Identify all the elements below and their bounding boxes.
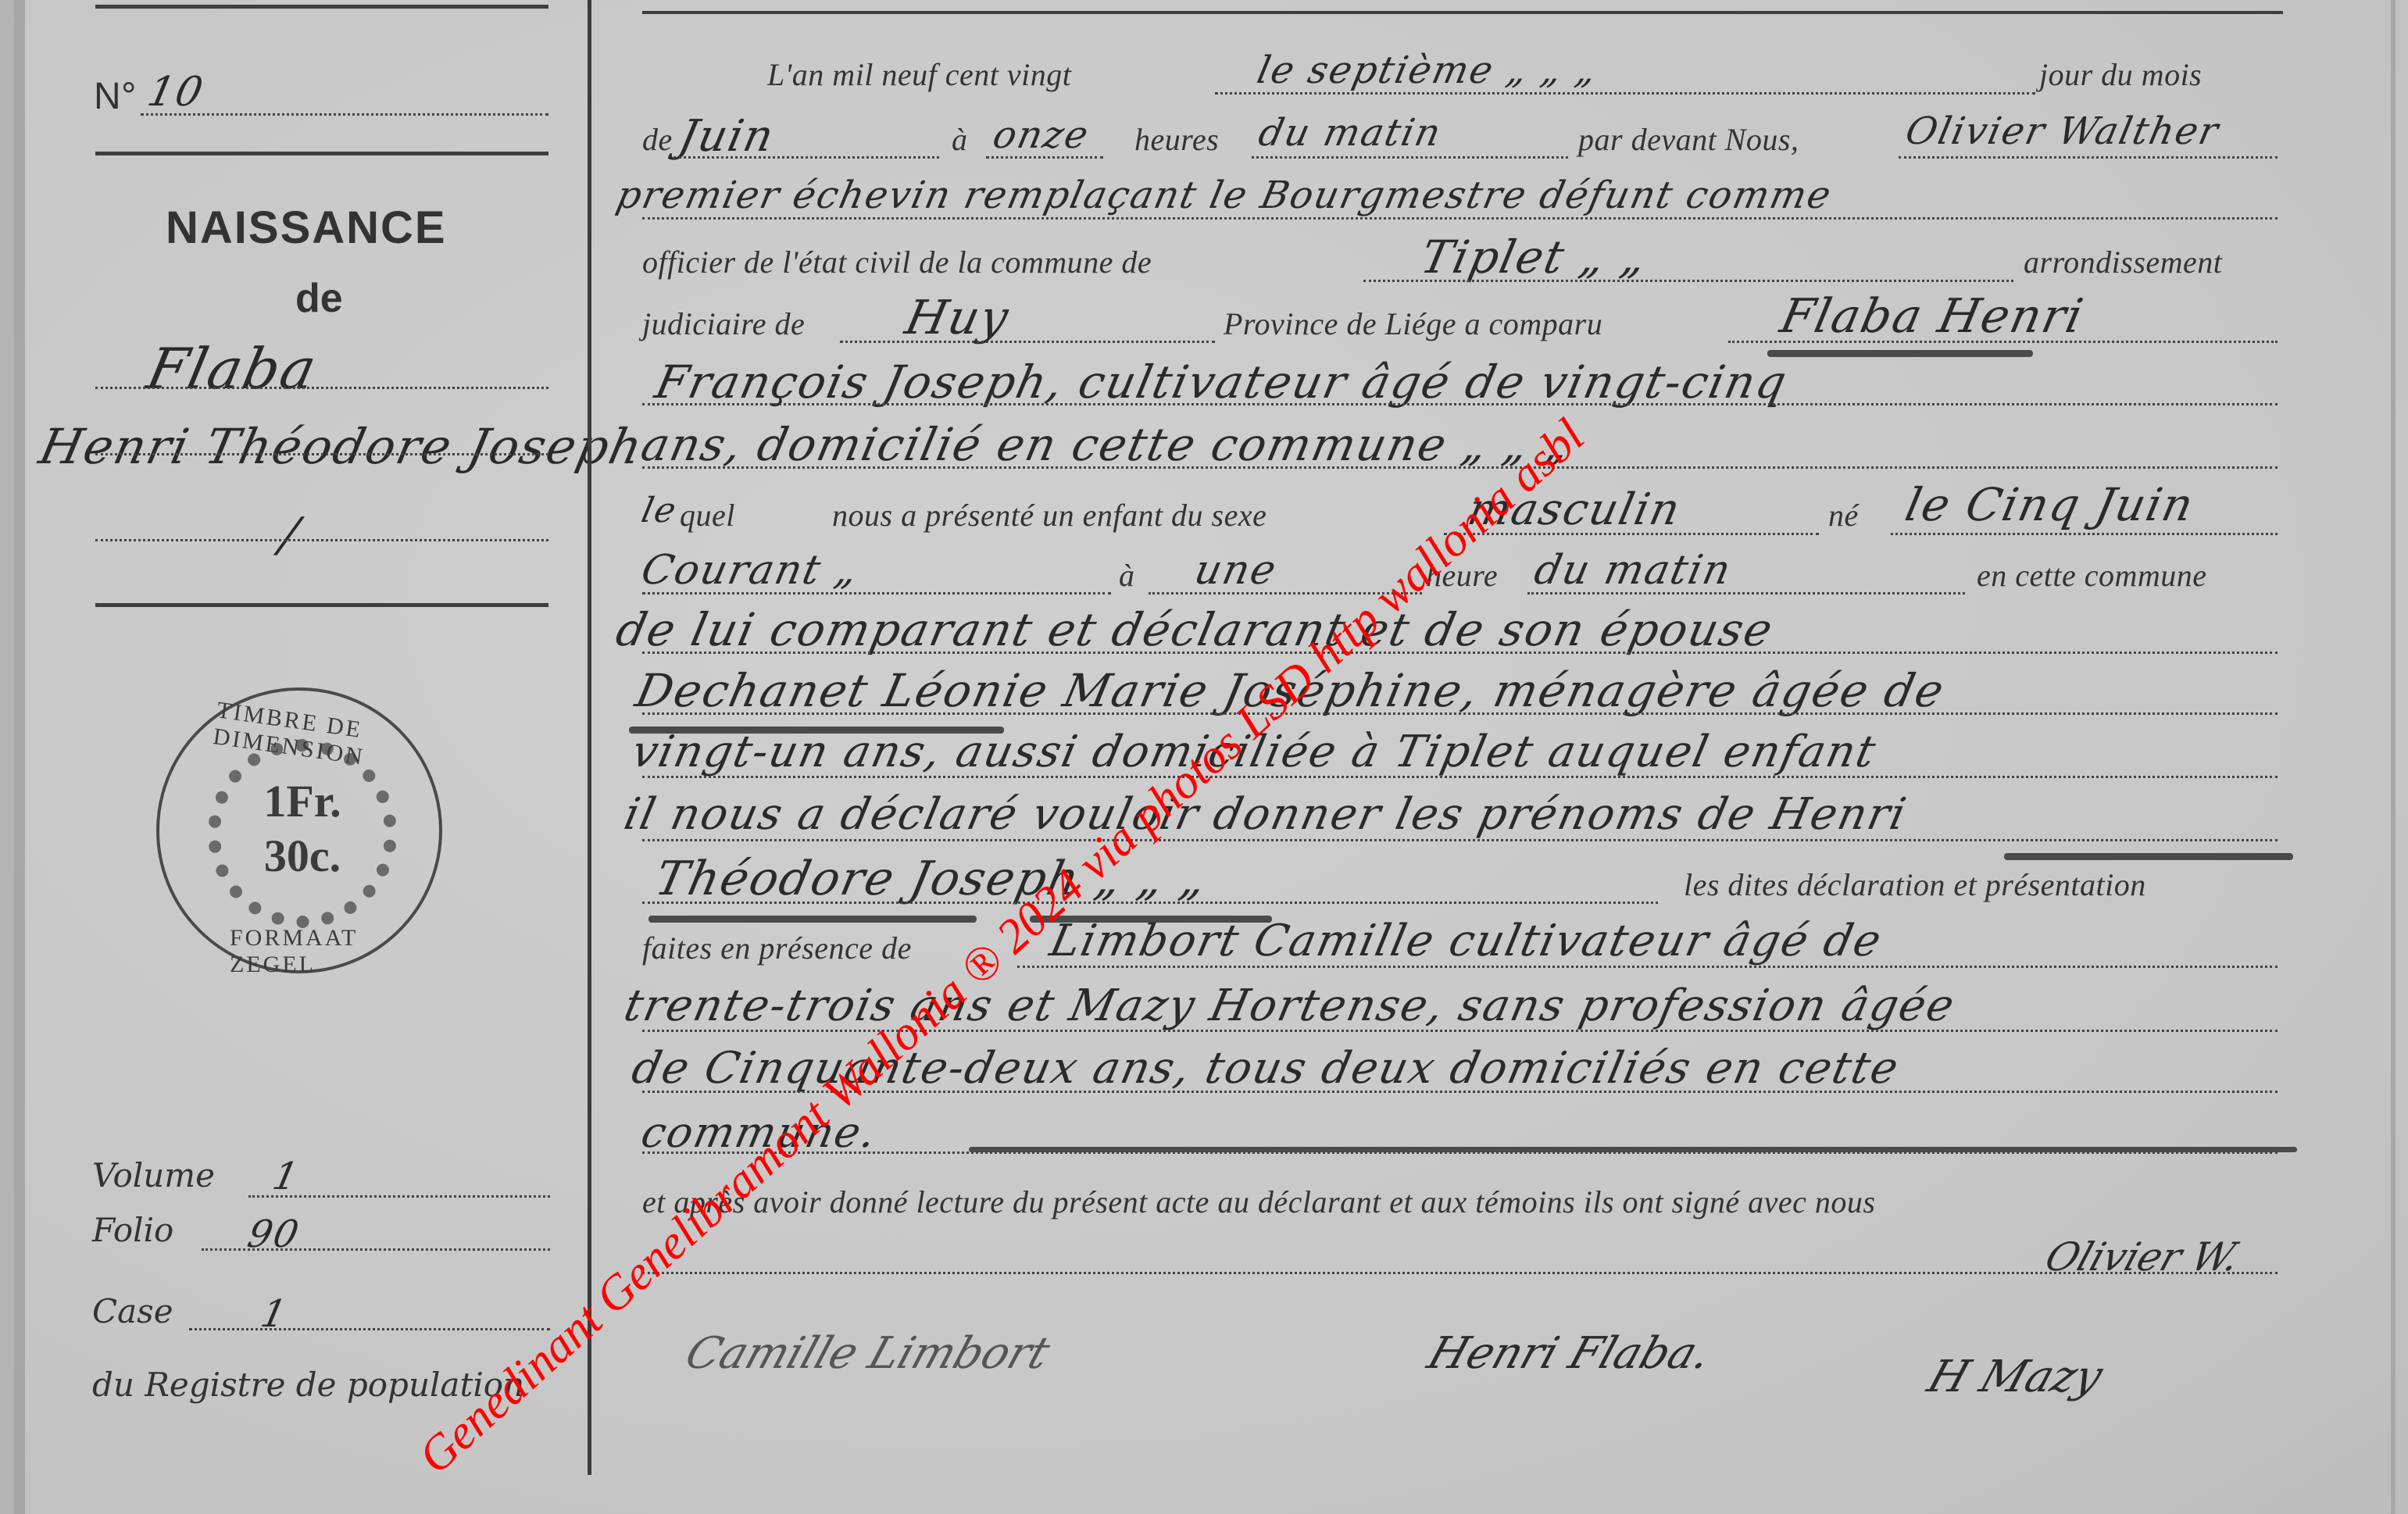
- act-line-1-printed: L'an mil neuf cent vingt: [767, 56, 1071, 93]
- stamp-value-centimes: 30c.: [159, 830, 445, 882]
- act-line-2-a: à: [952, 121, 968, 158]
- volume-dotted-line: [248, 1195, 550, 1198]
- act-line-2-month: Juin: [674, 111, 779, 162]
- given-names-dotted-line: [95, 453, 548, 455]
- act-line-9-courant: Courant „: [638, 547, 863, 594]
- act-line-2-dots-b: [986, 156, 1103, 159]
- closing-stroke: [969, 1147, 2297, 1152]
- act-line-4-printed: officier de l'état civil de la commune d…: [642, 244, 1152, 280]
- act-line-9-a: à: [1119, 557, 1135, 594]
- given-name-1-underline: [2004, 853, 2293, 860]
- act-line-8-ne: né: [1828, 497, 1859, 534]
- act-line-13-given-names-intro: il nous a déclaré vouloir donner les pré…: [620, 789, 1912, 840]
- number-label: N°: [94, 75, 137, 118]
- stamp-value-francs: 1Fr.: [159, 775, 445, 827]
- act-line-1-dots: [1215, 92, 2035, 95]
- surname-dotted-line: [95, 387, 548, 389]
- act-line-13-dots: [642, 839, 2278, 841]
- naissance-title: NAISSANCE: [166, 202, 447, 254]
- act-line-14-printed: les dites déclaration et présentation: [1684, 866, 2146, 903]
- act-line-1-printed-end: jour du mois: [2039, 56, 2202, 93]
- left-rule-2: [95, 152, 548, 155]
- act-line-2-par-devant: par devant Nous,: [1578, 121, 1799, 158]
- act-line-10-parents: de lui comparant et déclarant et de son …: [612, 603, 1779, 656]
- tax-stamp: TIMBRE DE DIMENSION FORMAAT ZEGEL 1Fr. 3…: [156, 687, 442, 973]
- act-line-5-judiciaire: judiciaire de: [642, 305, 805, 342]
- folio-label: Folio: [92, 1211, 173, 1249]
- left-top-rule: [95, 5, 548, 9]
- signature-officer: Olivier W.: [2040, 1234, 2246, 1280]
- act-line-8-quel: quel: [680, 497, 735, 534]
- act-line-2-heures: heures: [1134, 121, 1219, 158]
- act-line-2-hour: onze: [989, 113, 1093, 157]
- stamp-bottom-text: FORMAAT ZEGEL: [230, 925, 439, 978]
- number-dotted-line: [141, 113, 548, 116]
- page-right-edge: [2391, 0, 2395, 1514]
- act-line-9-dots-c: [1527, 592, 1965, 595]
- act-line-9-time-of-day: du matin: [1531, 547, 1736, 594]
- act-line-3-dots: [642, 217, 2278, 220]
- act-line-3-officer-title: premier échevin remplaçant le Bourgmestr…: [613, 173, 1836, 217]
- column-divider: [588, 0, 591, 1475]
- act-line-2-time-of-day: du matin: [1255, 111, 1445, 155]
- case-label: Case: [92, 1292, 173, 1330]
- act-line-15-faites: faites en présence de: [642, 930, 912, 966]
- act-top-rule: [642, 11, 2283, 14]
- act-line-6-dots: [642, 403, 2278, 405]
- act-line-6-declarant-details: François Joseph, cultivateur âgé de ving…: [651, 355, 1792, 409]
- act-line-9-birth-hour: une: [1191, 547, 1282, 594]
- act-line-9-en-cette-commune: en cette commune: [1977, 557, 2207, 594]
- act-line-14-dots: [642, 902, 1658, 904]
- act-line-4-dots: [1363, 280, 2013, 282]
- act-line-17-dots: [642, 1091, 2278, 1093]
- act-line-5-dots-b: [1728, 341, 2278, 343]
- signature-declarant: Henri Flaba.: [1421, 1328, 1717, 1379]
- page-binding-shadow: [14, 0, 25, 1514]
- act-line-5-province: Province de Liége a comparu: [1224, 305, 1602, 342]
- volume-value: 1: [269, 1155, 303, 1198]
- mark-dotted-line: [95, 539, 548, 541]
- act-line-16-witness-2: trente-trois ans et Mazy Hortense, sans …: [620, 980, 1960, 1031]
- act-line-4-commune: Tiplet „ „: [1417, 230, 1652, 284]
- case-dotted-line: [189, 1328, 550, 1330]
- naissance-de: de: [295, 275, 343, 322]
- act-line-8-le: le: [638, 491, 681, 530]
- act-line-8-birth-date: le Cinq Juin: [1901, 478, 2199, 531]
- act-line-8-dots-b: [1891, 533, 2278, 535]
- child-surname: Flaba: [141, 336, 323, 402]
- act-line-7-domicile: ans, domicilié en cette commune „ „ „: [637, 418, 1576, 471]
- signature-witness-1: Camille Limbort: [679, 1328, 1056, 1379]
- folio-dotted-line: [202, 1248, 550, 1251]
- act-line-5-declarant: Flaba Henri: [1776, 289, 2089, 344]
- left-rule-3: [95, 603, 548, 607]
- register-page: N° 10 NAISSANCE de Flaba Henri Théodore …: [0, 0, 2408, 1514]
- act-line-8-printed: nous a présenté un enfant du sexe: [832, 497, 1267, 534]
- act-line-5-arrondissement-name: Huy: [901, 291, 1015, 345]
- act-line-15-dots: [1017, 966, 2278, 968]
- signature-dotted-line: [642, 1272, 2278, 1274]
- act-line-19-closing: et après avoir donné lecture du présent …: [642, 1184, 1875, 1220]
- act-line-7-dots: [642, 466, 2278, 469]
- act-line-2-officer-name: Olivier Walther: [1902, 109, 2224, 153]
- act-line-1-day: le septième „ „ „: [1253, 48, 1602, 92]
- act-line-2-dots-c: [1252, 156, 1568, 159]
- signature-witness-2: H Mazy: [1921, 1352, 2109, 1402]
- number-value: 10: [144, 69, 209, 116]
- act-line-2-dots-a: [673, 156, 939, 159]
- act-line-10-dots: [642, 652, 2278, 654]
- act-line-4-arrondissement: arrondissement: [2024, 244, 2222, 280]
- page-binding-edge: [0, 0, 14, 1514]
- act-line-2-dots-d: [1899, 156, 2278, 159]
- child-given-names: Henri Théodore Joseph: [34, 418, 648, 475]
- volume-label: Volume: [92, 1156, 215, 1194]
- act-line-15-witness-1: Limbort Camille cultivateur âgé de: [1045, 916, 1887, 966]
- given-name-2-underline: [648, 916, 977, 923]
- act-line-12-dots: [642, 776, 2278, 778]
- act-line-2-de: de: [642, 121, 673, 158]
- act-line-9-dots-a: [642, 592, 1111, 595]
- declarant-surname-underline: [1767, 350, 2033, 357]
- left-mark: /: [276, 508, 305, 562]
- act-line-5-dots-a: [840, 341, 1215, 343]
- act-line-11-dots: [642, 712, 2278, 715]
